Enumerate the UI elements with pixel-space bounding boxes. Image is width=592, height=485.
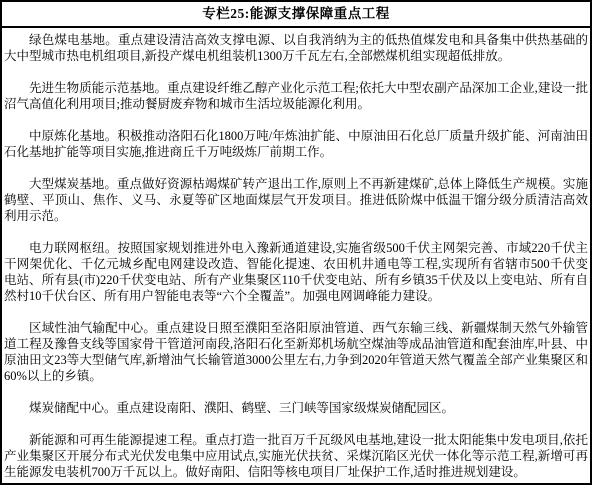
panel-title: 专栏25:能源支撑保障重点工程 bbox=[202, 7, 390, 21]
column-box-panel: 专栏25:能源支撑保障重点工程 绿色煤电基地。重点建设清洁高效支撑电源、以自我消… bbox=[0, 0, 592, 485]
paragraph-coal-storage-center: 煤炭储配中心。重点建设南阳、濮阳、鹤壁、三门峡等国家级煤炭储配园区。 bbox=[4, 400, 588, 416]
paragraph-green-coal-power-base: 绿色煤电基地。重点建设清洁高效支撑电源、以自我消纳为主的低热值煤发电和具备集中供… bbox=[4, 32, 588, 64]
paragraph-power-grid-hub: 电力联网枢纽。按照国家规划推进外电入豫新通道建设,实施省级500千伏主网架完善、… bbox=[4, 240, 588, 304]
paragraph-new-renewable-energy-project: 新能源和可再生能源提速工程。重点打造一批百万千瓦级风电基地,建设一批太阳能集中发… bbox=[4, 432, 588, 480]
panel-body: 绿色煤电基地。重点建设清洁高效支撑电源、以自我消纳为主的低热值煤发电和具备集中供… bbox=[2, 28, 590, 480]
paragraph-biomass-demo-base: 先进生物质能示范基地。重点建设纤维乙醇产业化示范工程;依托大中型农副产品深加工企… bbox=[4, 80, 588, 112]
paragraph-zhongyuan-refining-base: 中原炼化基地。积极推动洛阳石化1800万吨/年炼油扩能、中原油田石化总厂质量升级… bbox=[4, 128, 588, 160]
panel-title-row: 专栏25:能源支撑保障重点工程 bbox=[2, 2, 590, 28]
paragraph-large-coal-base: 大型煤炭基地。重点做好资源枯竭煤矿转产退出工作,原则上不再新建煤矿,总体上降低生… bbox=[4, 176, 588, 224]
paragraph-oil-gas-distribution-center: 区域性油气输配中心。重点建设日照至濮阳至洛阳原油管道、西气东输三线、新疆煤制天然… bbox=[4, 320, 588, 384]
